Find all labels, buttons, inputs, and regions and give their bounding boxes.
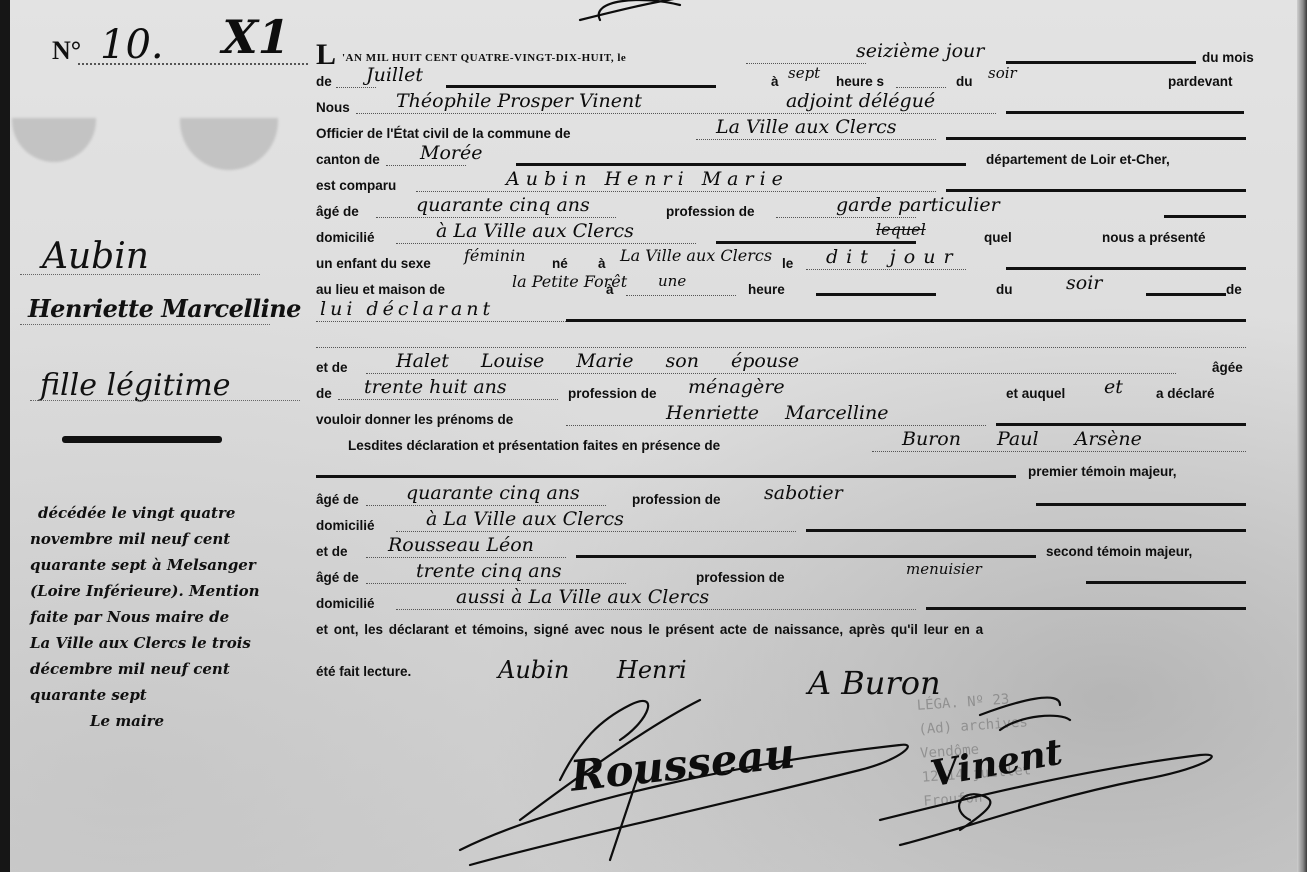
signature-flourishes [0,0,1307,872]
document-page: N° 10. X1 Aubin Henriette Marcelline fil… [0,0,1307,872]
